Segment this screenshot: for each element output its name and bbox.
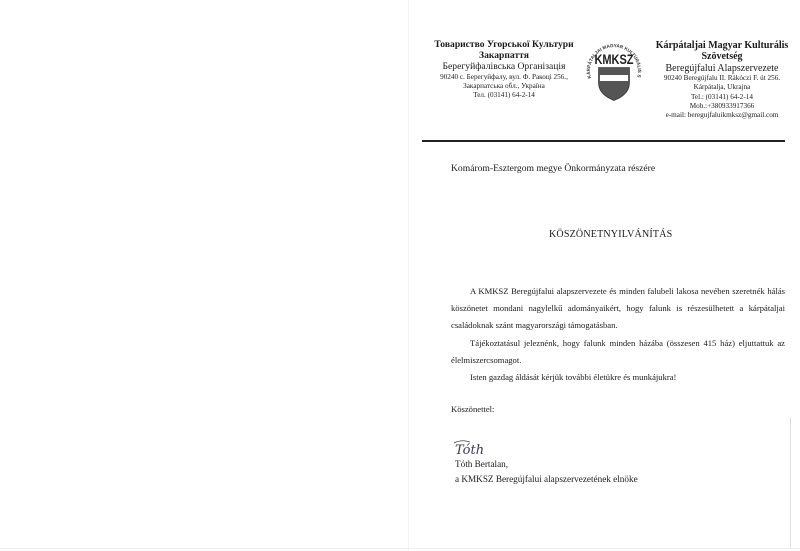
handwritten-signature: Tóth bbox=[452, 437, 500, 461]
signature-text: Tóth bbox=[455, 443, 484, 458]
document-title: KÖSZÖNETNYILVÁNÍTÁS bbox=[549, 229, 672, 240]
email-hu: e-mail: beregujfaluikmksz@gmail.com bbox=[648, 111, 796, 120]
phone-hu: Tel.: (03141) 64-2-14 bbox=[648, 93, 796, 102]
org-title-hu-line2: Szövetség bbox=[648, 51, 796, 62]
closing-salutation: Köszönettel: bbox=[451, 404, 494, 414]
signer-name: Tóth Bertalan, bbox=[455, 459, 508, 469]
page-bottom-edge bbox=[0, 548, 800, 549]
body-paragraph: Isten gazdag áldását kérjük további élet… bbox=[451, 369, 785, 386]
letter-body: A KMKSZ Beregújfalui alapszervezete és m… bbox=[451, 283, 785, 386]
org-title-hu-line1: Kárpátaljai Magyar Kulturális bbox=[648, 40, 796, 51]
recipient-line: Komárom-Esztergom megye Önkormányzata ré… bbox=[451, 163, 655, 174]
phone-ua: Тел. (03141) 64-2-14 bbox=[416, 91, 592, 100]
address-ua-line1: 90240 с. Берегуйфалу, вул. Ф. Ракоці 256… bbox=[416, 73, 592, 82]
page-fold-shadow bbox=[408, 0, 409, 551]
address-hu-line2: Kárpátalja, Ukrajna bbox=[648, 83, 796, 92]
address-ua-line2: Закарпатська обл., Україна bbox=[416, 82, 592, 91]
mobile-hu: Mob.:+380933917366 bbox=[648, 102, 796, 111]
org-title-ua-line1: Товариство Угорської Культури bbox=[416, 40, 592, 51]
kmksz-logo-icon: KÁRPÁTALJAI MAGYAR KULTURÁLIS SZÖVETSÉG … bbox=[583, 28, 645, 110]
address-hu-line1: 90240 Beregújfalu II. Rákóczi F. út 256. bbox=[648, 74, 796, 83]
org-subtitle-ua: Берегуйфалівська Організація bbox=[416, 62, 592, 73]
org-subtitle-hu: Beregújfalui Alapszervezete bbox=[648, 63, 796, 74]
body-paragraph: A KMKSZ Beregújfalui alapszervezete és m… bbox=[451, 283, 785, 335]
page-edge bbox=[790, 418, 791, 548]
signer-role: a KMKSZ Beregújfalui alapszervezetének e… bbox=[455, 474, 638, 484]
letterhead-hungarian: Kárpátaljai Magyar Kulturális Szövetség … bbox=[648, 40, 796, 121]
org-title-ua-line2: Закарпаття bbox=[416, 51, 592, 62]
letterhead-divider bbox=[422, 140, 785, 142]
letterhead-ukrainian: Товариство Угорської Культури Закарпаття… bbox=[416, 40, 592, 101]
logo-emblem-text: KMKSZ bbox=[594, 52, 633, 67]
body-paragraph: Tájékoztatásul jeleznénk, hogy falunk mi… bbox=[451, 335, 785, 369]
